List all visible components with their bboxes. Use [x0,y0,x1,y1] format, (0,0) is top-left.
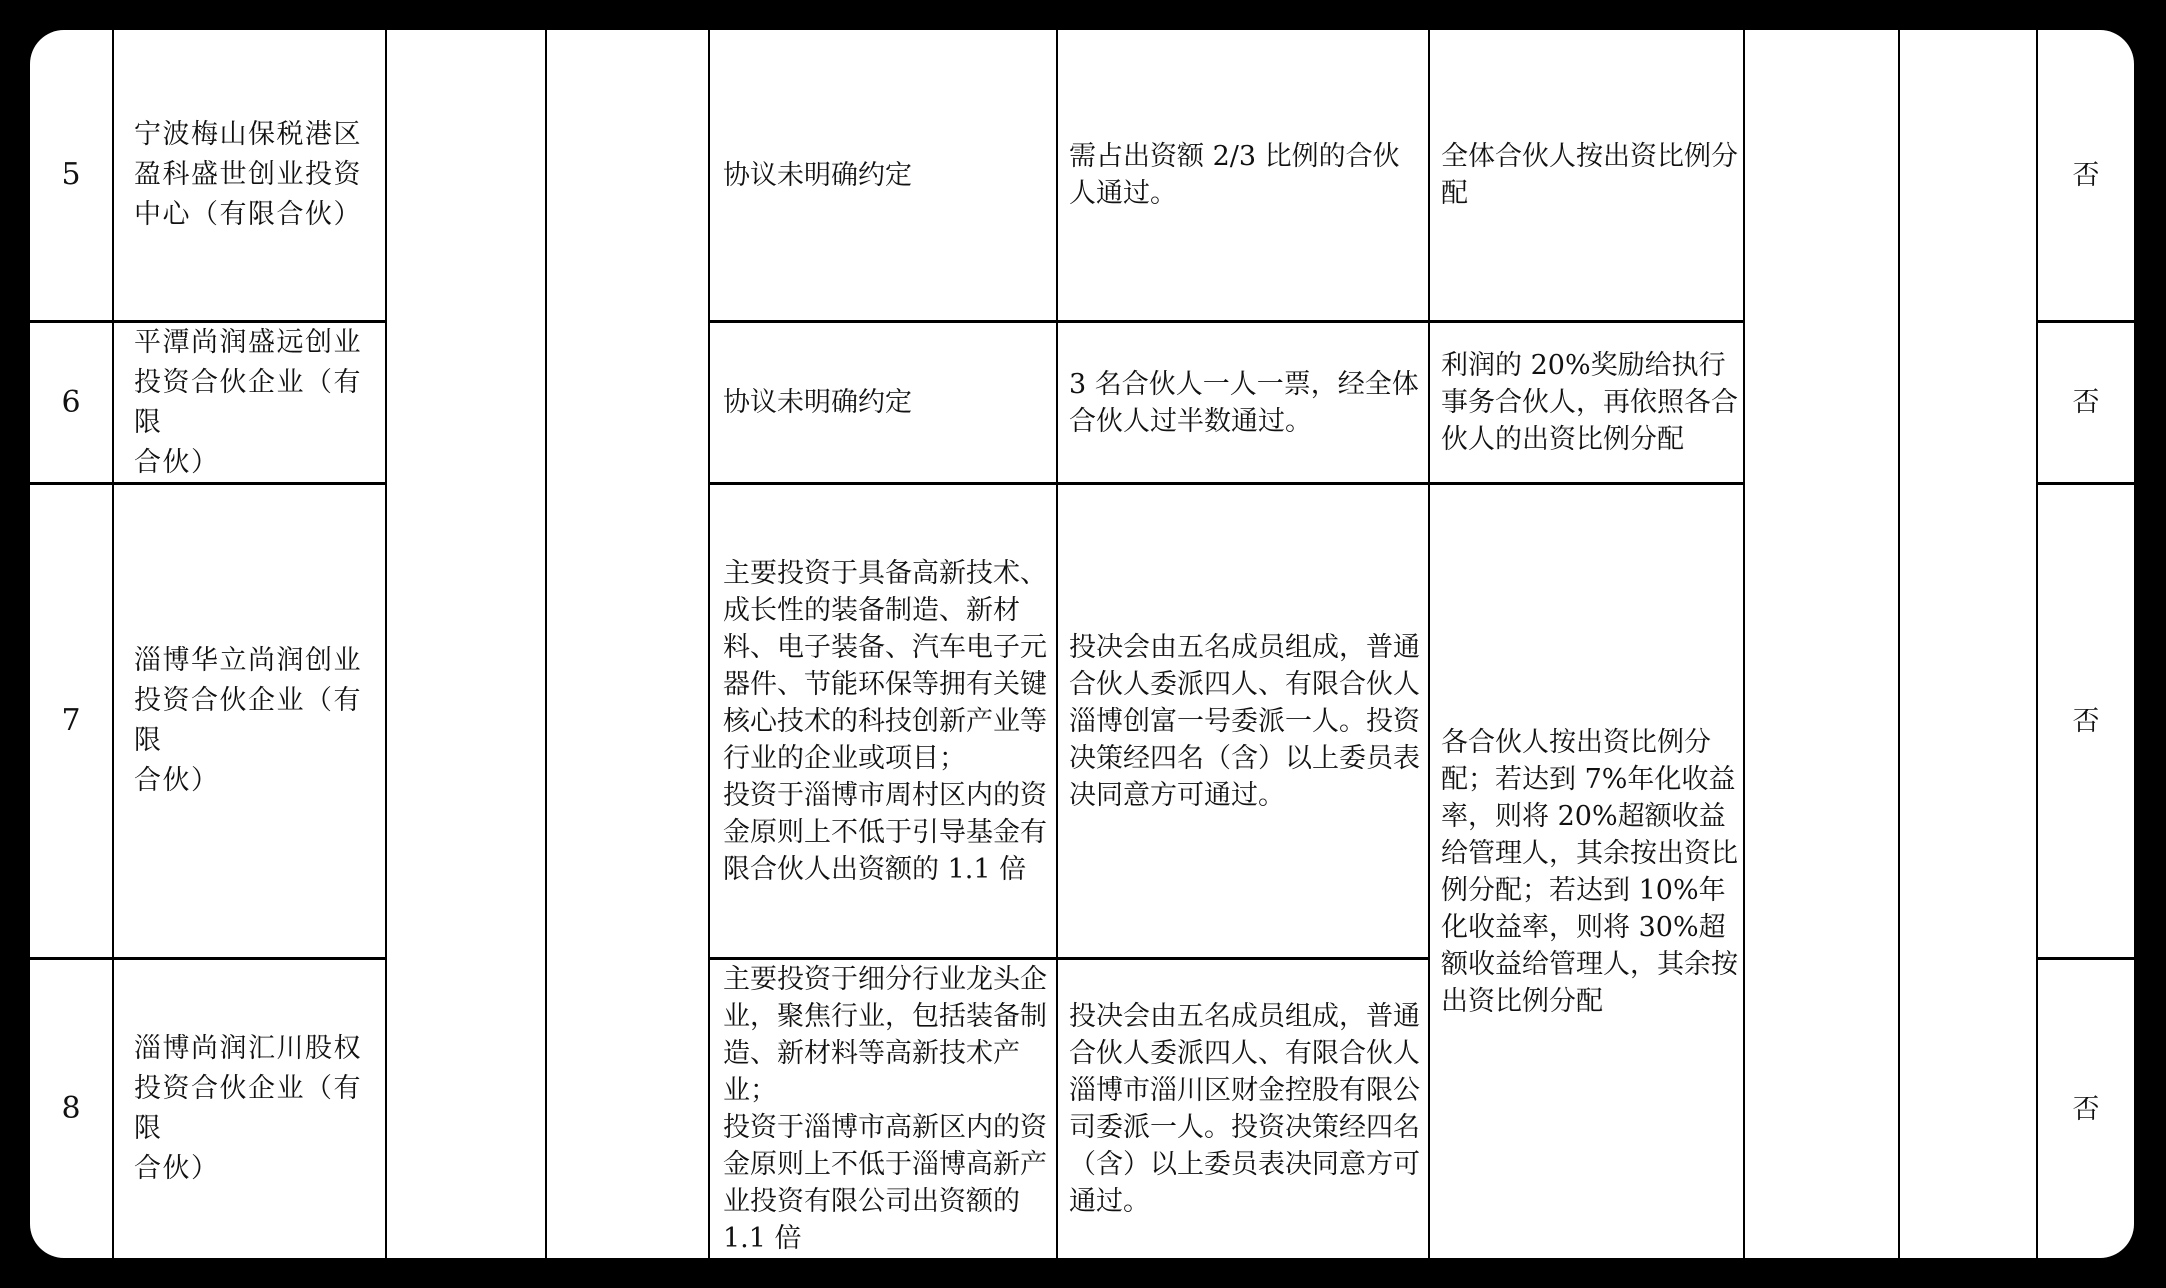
cell-flag-5: 否 [2038,30,2134,323]
partnership-fund-table: 5 宁波梅山保税港区 盈科盛世创业投资 中心（有限合伙） 协议未明确约定 需占出… [30,30,2134,1258]
seq-7: 7 [61,704,80,738]
cell-profit-distribution-6: 利润的 20%奖励给执行事务合伙人，再依照各合伙人的出资比例分配 [1430,323,1745,485]
screenshot-root: { "table": { "rows": [ { "seq": "5", "co… [0,0,2166,1288]
cell-investment-scope-7: 主要投资于具备高新技术、成长性的装备制造、新材料、电子装备、汽车电子元器件、节能… [710,485,1058,960]
cell-voting-rule-6: 3 名合伙人一人一票，经全体合伙人过半数通过。 [1058,323,1430,485]
cell-flag-7: 否 [2038,485,2134,960]
seq-8: 8 [61,1092,80,1126]
cell-seq-5: 5 [30,30,114,323]
scope-text-7: 主要投资于具备高新技术、成长性的装备制造、新材料、电子装备、汽车电子元器件、节能… [723,555,1048,888]
empty-column-a [387,30,547,1258]
cell-seq-7: 7 [30,485,114,960]
cell-profit-distribution-5: 全体合伙人按出资比例分配 [1430,30,1745,323]
cell-profit-distribution-7-8-merged: 各合伙人按出资比例分配；若达到 7%年化收益率，则将 20%超额收益给管理人，其… [1430,485,1745,1258]
voting-text-7: 投决会由五名成员组成，普通合伙人委派四人、有限合伙人淄博创富一号委派一人。投资决… [1069,629,1422,814]
company-name-6: 平潭尚润盛远创业 投资合伙企业（有限 合伙） [134,323,371,483]
cell-company-7: 淄博华立尚润创业 投资合伙企业（有限 合伙） [114,485,387,960]
flag-text-5: 否 [2073,157,2100,194]
cell-seq-6: 6 [30,323,114,485]
agreement-text-6: 协议未明确约定 [723,384,912,421]
company-name-5: 宁波梅山保税港区 盈科盛世创业投资 中心（有限合伙） [134,115,362,235]
distribution-text-5: 全体合伙人按出资比例分配 [1441,138,1739,212]
cell-flag-6: 否 [2038,323,2134,485]
distribution-text-6: 利润的 20%奖励给执行事务合伙人，再依照各合伙人的出资比例分配 [1441,347,1739,458]
seq-6: 6 [61,386,80,420]
company-name-8: 淄博尚润汇川股权 投资合伙企业（有限 合伙） [134,1029,371,1189]
voting-text-6: 3 名合伙人一人一票，经全体合伙人过半数通过。 [1069,366,1422,440]
cell-investment-scope-8: 主要投资于细分行业龙头企业，聚焦行业，包括装备制造、新材料等高新技术产业； 投资… [710,960,1058,1258]
voting-text-5: 需占出资额 2/3 比例的合伙人通过。 [1069,138,1422,212]
cell-agreement-5: 协议未明确约定 [710,30,1058,323]
cell-seq-8: 8 [30,960,114,1258]
document-page: 5 宁波梅山保税港区 盈科盛世创业投资 中心（有限合伙） 协议未明确约定 需占出… [30,30,2134,1258]
company-name-7: 淄博华立尚润创业 投资合伙企业（有限 合伙） [134,641,371,801]
cell-company-6: 平潭尚润盛远创业 投资合伙企业（有限 合伙） [114,323,387,485]
cell-flag-8: 否 [2038,960,2134,1258]
cell-company-5: 宁波梅山保税港区 盈科盛世创业投资 中心（有限合伙） [114,30,387,323]
scope-text-8: 主要投资于细分行业龙头企业，聚焦行业，包括装备制造、新材料等高新技术产业； 投资… [723,961,1048,1257]
empty-column-d [1900,30,2038,1258]
seq-5: 5 [61,158,80,192]
empty-column-b [547,30,710,1258]
agreement-text-5: 协议未明确约定 [723,157,912,194]
cell-company-8: 淄博尚润汇川股权 投资合伙企业（有限 合伙） [114,960,387,1258]
flag-text-7: 否 [2073,703,2100,740]
cell-voting-rule-8: 投决会由五名成员组成，普通合伙人委派四人、有限合伙人淄博市淄川区财金控股有限公司… [1058,960,1430,1258]
cell-voting-rule-5: 需占出资额 2/3 比例的合伙人通过。 [1058,30,1430,323]
voting-text-8: 投决会由五名成员组成，普通合伙人委派四人、有限合伙人淄博市淄川区财金控股有限公司… [1069,998,1422,1220]
empty-column-c [1745,30,1900,1258]
cell-voting-rule-7: 投决会由五名成员组成，普通合伙人委派四人、有限合伙人淄博创富一号委派一人。投资决… [1058,485,1430,960]
distribution-text-7-8: 各合伙人按出资比例分配；若达到 7%年化收益率，则将 20%超额收益给管理人，其… [1441,724,1739,1020]
cell-agreement-6: 协议未明确约定 [710,323,1058,485]
flag-text-8: 否 [2073,1091,2100,1128]
flag-text-6: 否 [2073,384,2100,421]
